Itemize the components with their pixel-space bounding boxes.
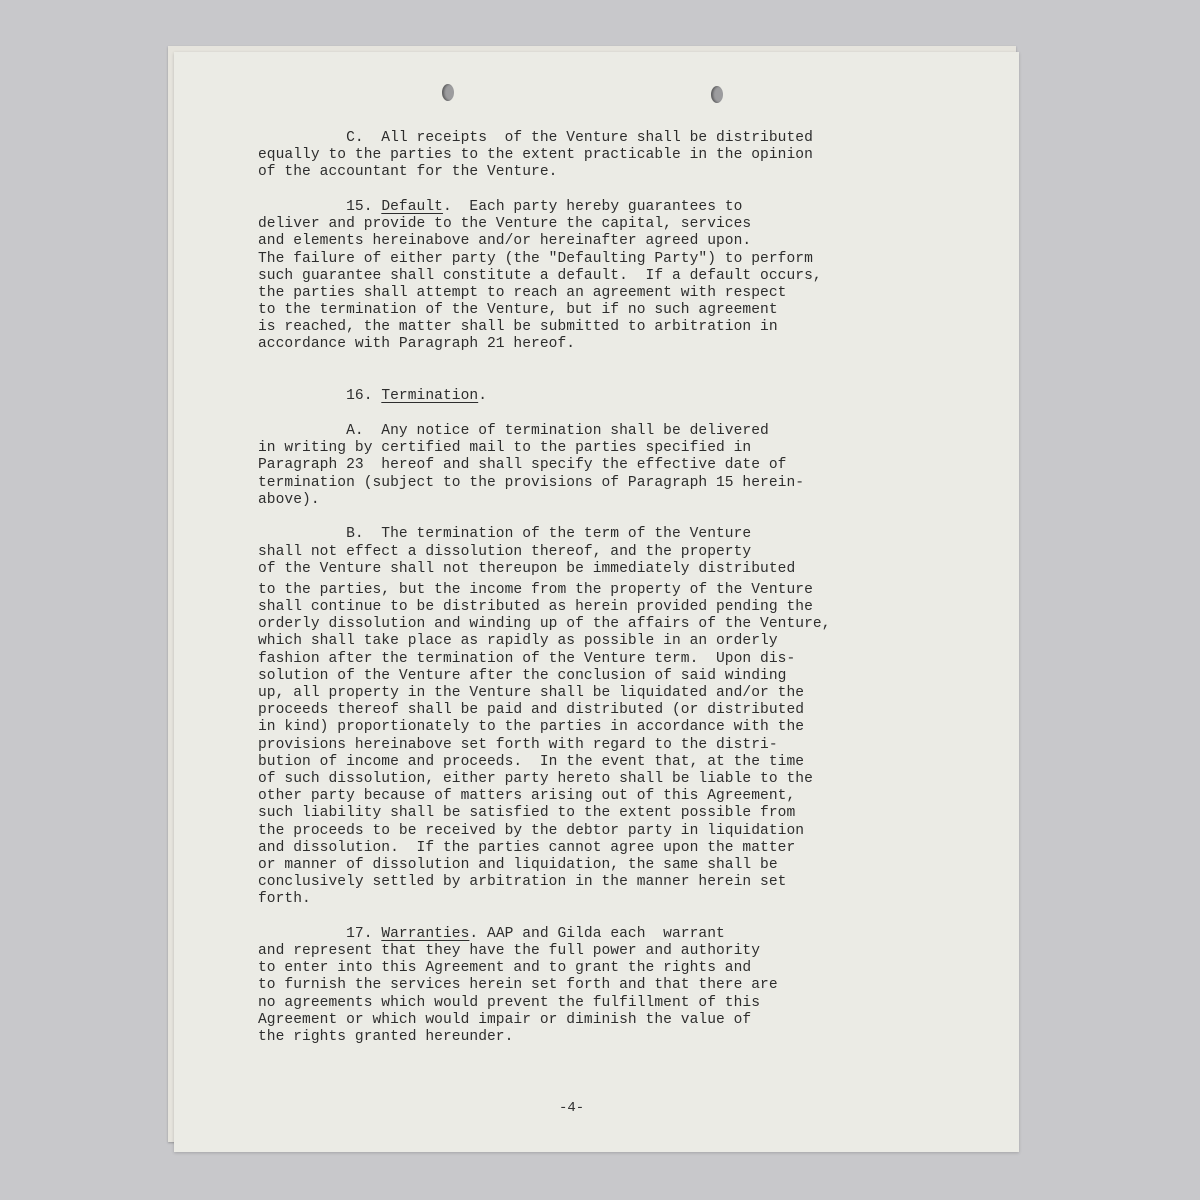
text-line: provisions hereinabove set forth with re…	[258, 737, 978, 754]
text-line: in kind) proportionately to the parties …	[258, 719, 978, 736]
text-line: other party because of matters arising o…	[258, 788, 978, 805]
text-line: the parties shall attempt to reach an ag…	[258, 285, 978, 302]
text-line: such liability shall be satisfied to the…	[258, 805, 978, 822]
binder-hole-left	[442, 84, 454, 101]
text-line: to enter into this Agreement and to gran…	[258, 960, 978, 977]
text-line: to the termination of the Venture, but i…	[258, 302, 978, 319]
text-line: of such dissolution, either party hereto…	[258, 771, 978, 788]
text-line: deliver and provide to the Venture the c…	[258, 216, 978, 233]
section-number: 15.	[258, 199, 373, 215]
section-heading: Warranties	[381, 926, 469, 942]
text-line: which shall take place as rapidly as pos…	[258, 633, 978, 650]
document-body: C. All receipts of the Venture shall be …	[258, 130, 978, 1046]
text-line: bution of income and proceeds. In the ev…	[258, 754, 978, 771]
text-line: solution of the Venture after the conclu…	[258, 668, 978, 685]
text-line: Agreement or which would impair or dimin…	[258, 1012, 978, 1029]
text-line: no agreements which would prevent the fu…	[258, 995, 978, 1012]
text-line: in writing by certified mail to the part…	[258, 440, 978, 457]
paragraph-16b: B. The termination of the term of the Ve…	[258, 526, 978, 908]
text-line: of the accountant for the Venture.	[258, 164, 978, 181]
text-line: is reached, the matter shall be submitte…	[258, 319, 978, 336]
text-line: termination (subject to the provisions o…	[258, 475, 978, 492]
text-line: to furnish the services herein set forth…	[258, 977, 978, 994]
text-line: above).	[258, 492, 978, 509]
section-heading: Default	[381, 199, 443, 215]
text-line: of the Venture shall not thereupon be im…	[258, 561, 978, 578]
text-line: the proceeds to be received by the debto…	[258, 823, 978, 840]
paragraph-15-default: 15. Default. Each party hereby guarantee…	[258, 199, 978, 354]
text-line: accordance with Paragraph 21 hereof.	[258, 336, 978, 353]
text-line: forth.	[258, 891, 978, 908]
text-line: shall not effect a dissolution thereof, …	[258, 544, 978, 561]
text-line: orderly dissolution and winding up of th…	[258, 616, 978, 633]
section-number: 17.	[258, 926, 373, 942]
text-line: conclusively settled by arbitration in t…	[258, 874, 978, 891]
text-line: and represent that they have the full po…	[258, 943, 978, 960]
binder-hole-right	[711, 86, 723, 103]
section-heading: Termination	[381, 388, 478, 404]
section-number: 16.	[258, 388, 373, 404]
heading-punctuation: .	[478, 388, 487, 404]
text-line: the rights granted hereunder.	[258, 1029, 978, 1046]
text-line: up, all property in the Venture shall be…	[258, 685, 978, 702]
section-heading-line: 16. Termination.	[258, 388, 978, 405]
text-line: equally to the parties to the extent pra…	[258, 147, 978, 164]
text-line: C. All receipts of the Venture shall be …	[258, 130, 978, 147]
paragraph-16a: A. Any notice of termination shall be de…	[258, 423, 978, 509]
page-number: -4-	[559, 1100, 584, 1116]
paragraph-14c: C. All receipts of the Venture shall be …	[258, 130, 978, 182]
text-line: B. The termination of the term of the Ve…	[258, 526, 978, 543]
text-line: to the parties, but the income from the …	[258, 582, 978, 599]
text-line: A. Any notice of termination shall be de…	[258, 423, 978, 440]
document-page: C. All receipts of the Venture shall be …	[174, 52, 1019, 1152]
text-line: such guarantee shall constitute a defaul…	[258, 268, 978, 285]
text-line: fashion after the termination of the Ven…	[258, 651, 978, 668]
text-line: and dissolution. If the parties cannot a…	[258, 840, 978, 857]
text-line: Paragraph 23 hereof and shall specify th…	[258, 457, 978, 474]
section-heading-line: 17. Warranties. AAP and Gilda each warra…	[258, 926, 978, 943]
section-heading-line: 15. Default. Each party hereby guarantee…	[258, 199, 978, 216]
text-line: shall continue to be distributed as here…	[258, 599, 978, 616]
heading-continuation: . Each party hereby guarantees to	[443, 199, 742, 215]
paragraph-17-warranties: 17. Warranties. AAP and Gilda each warra…	[258, 926, 978, 1046]
heading-continuation: . AAP and Gilda each warrant	[469, 926, 724, 942]
text-line: and elements hereinabove and/or hereinaf…	[258, 233, 978, 250]
text-line: The failure of either party (the "Defaul…	[258, 251, 978, 268]
text-line: or manner of dissolution and liquidation…	[258, 857, 978, 874]
text-line: proceeds thereof shall be paid and distr…	[258, 702, 978, 719]
